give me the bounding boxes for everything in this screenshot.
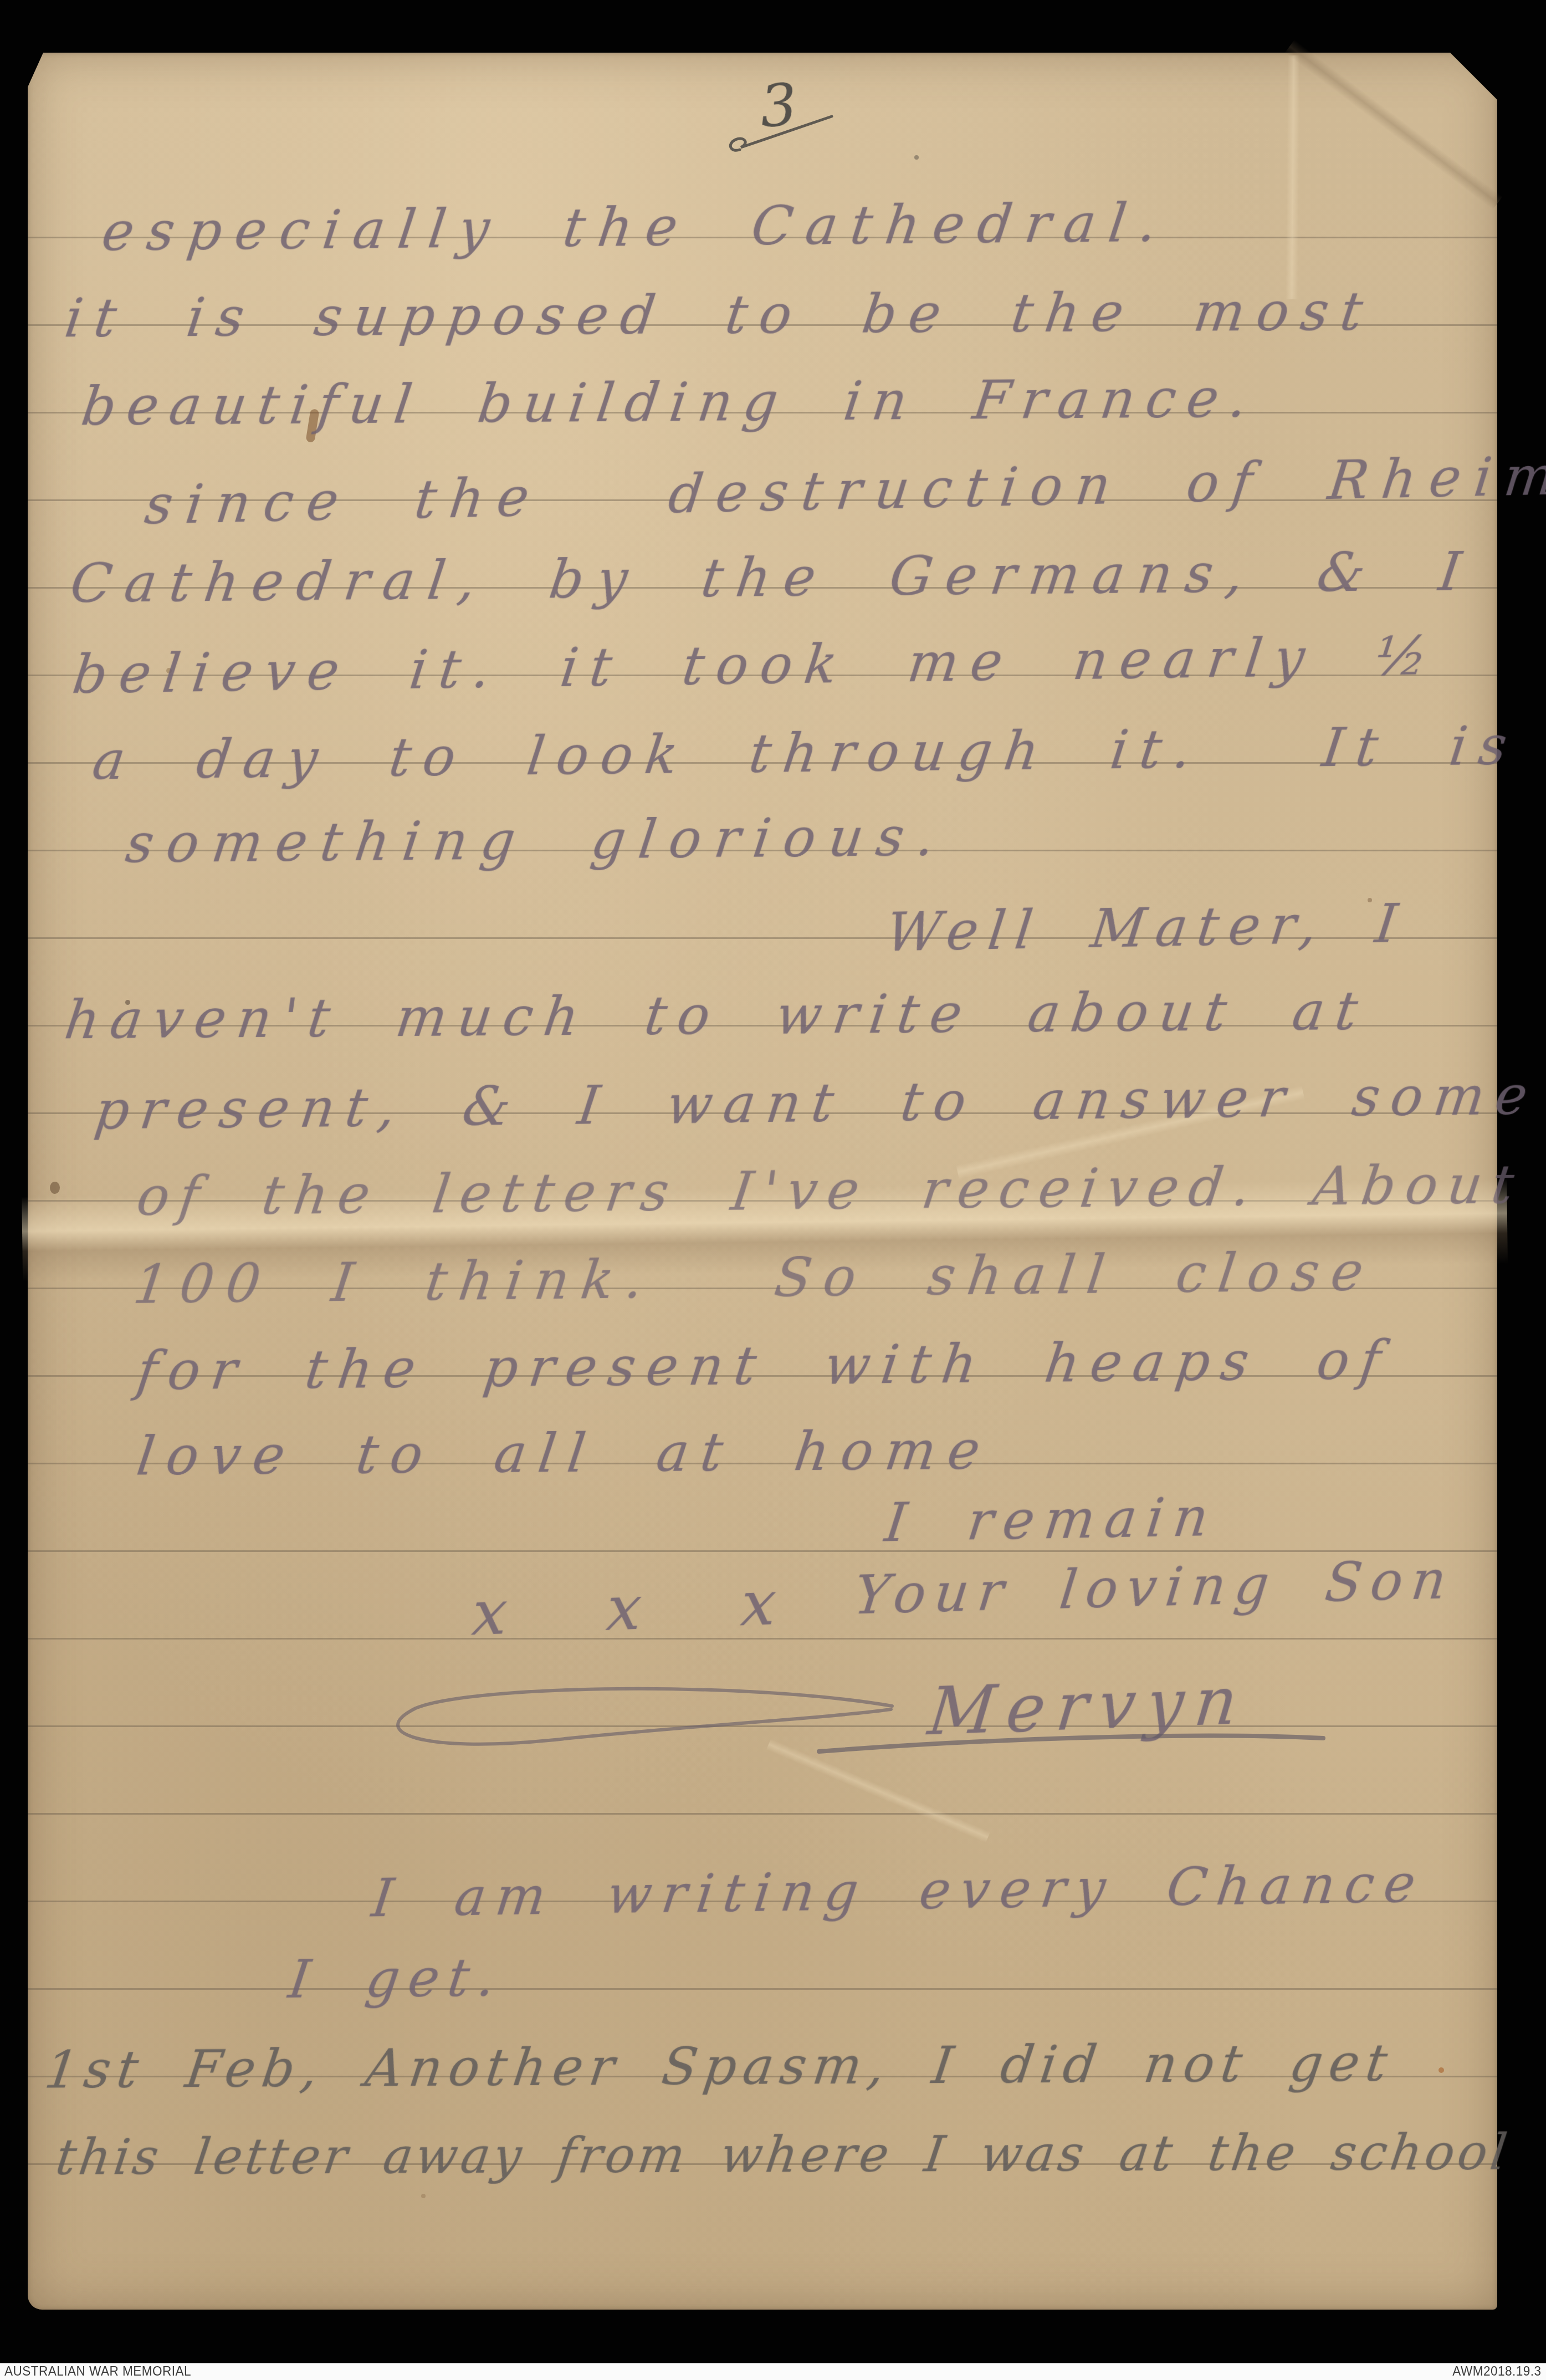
stain: [914, 155, 919, 160]
letter-line: Cathedral, by the Germans, & I: [67, 540, 1478, 615]
archive-footer-bar: AUSTRALIAN WAR MEMORIAL AWM2018.19.3: [0, 2363, 1546, 2380]
torn-corner-notch: [28, 53, 43, 87]
postscript-line: I get.: [285, 1948, 508, 2010]
letter-line: something glorious.: [122, 805, 951, 875]
kisses-underline-flourish: [238, 1674, 909, 1768]
postscript-line: this letter away from where I was at the…: [53, 2123, 1513, 2185]
postscript-line: 1st Feb, Another Spasm, I did not get: [42, 2034, 1397, 2100]
footer-catalog-id: AWM2018.19.3: [1453, 2364, 1542, 2379]
page-number-flourish: [723, 105, 845, 161]
signature-underline: [809, 1716, 1335, 1766]
closing-kisses: x x x: [470, 1565, 818, 1649]
letter-line: of the letters I've received. About: [134, 1153, 1528, 1228]
letter-line: it is supposed to be the most: [61, 280, 1378, 349]
stain: [50, 1182, 60, 1194]
stain: [421, 2194, 426, 2198]
vertical-crease: [1286, 55, 1300, 299]
letter-line: Well Mater, I: [883, 892, 1410, 964]
letter-line: beautiful building in France.: [78, 367, 1262, 438]
letter-line: haven't much to write about at: [62, 980, 1373, 1051]
footer-institution: AUSTRALIAN WAR MEMORIAL: [4, 2364, 191, 2379]
letter-line: especially the Cathedral.: [99, 192, 1174, 263]
stain: [1439, 2067, 1444, 2073]
letter-line: for the present with heaps of: [134, 1329, 1396, 1402]
closing-remain: I remain: [882, 1486, 1222, 1554]
letter-line: 100 I think. So shall close: [130, 1240, 1379, 1316]
scanned-letter-page: { "page": { "number": "3", "footer": { "…: [0, 0, 1546, 2380]
clipped-corner: [1450, 53, 1499, 101]
letter-line: love to all at home: [134, 1419, 996, 1488]
